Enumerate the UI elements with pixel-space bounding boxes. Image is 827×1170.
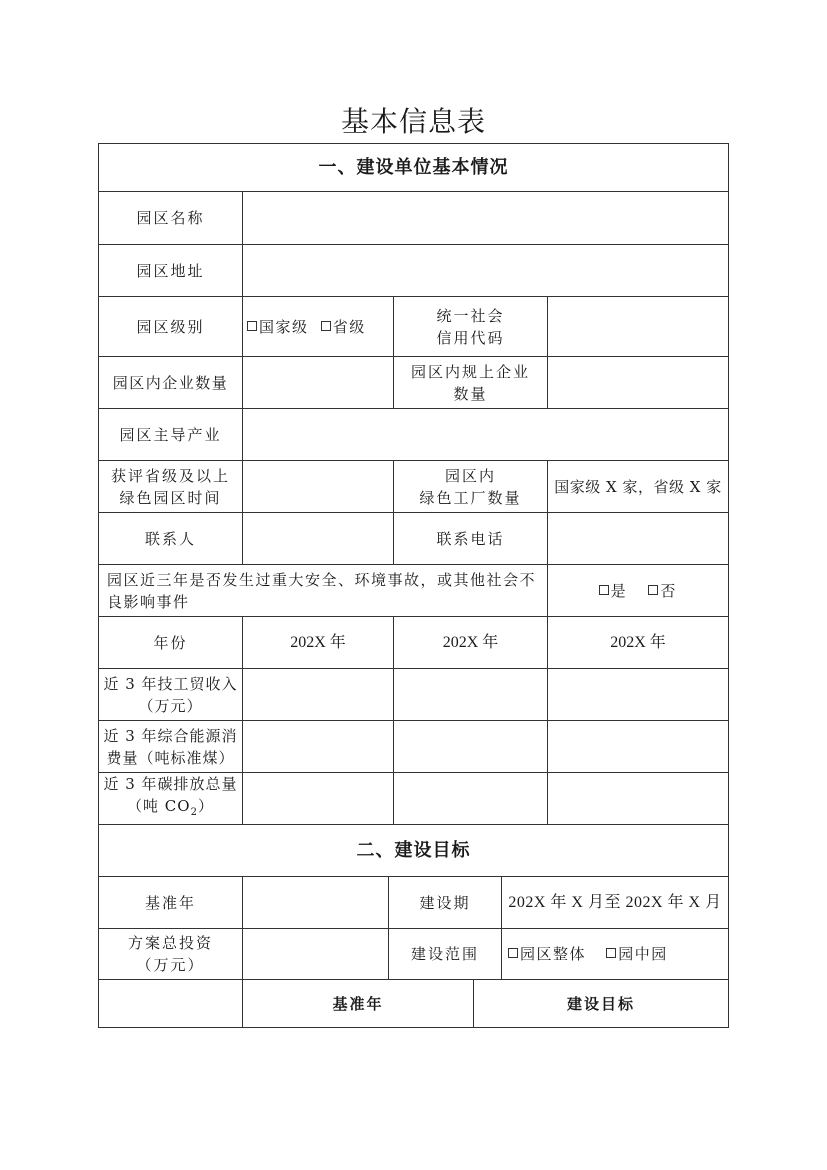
- park-address-label: 园区地址: [99, 245, 243, 297]
- above-scale-count-field[interactable]: [548, 357, 729, 409]
- park-name-label: 园区名称: [99, 192, 243, 245]
- checkbox-icon: [606, 948, 616, 958]
- info-table-section2: 基准年 建设期 202X 年 X 月至 202X 年 X 月 方案总投资 （万元…: [98, 876, 729, 980]
- park-level-label: 园区级别: [99, 297, 243, 357]
- target-header-blank: [99, 980, 243, 1028]
- target-header-base-year: 基准年: [243, 980, 474, 1028]
- green-factory-count-field[interactable]: 国家级 X 家，省级 X 家: [548, 461, 729, 513]
- checkbox-icon: [599, 585, 609, 595]
- checkbox-whole-park[interactable]: 园区整体: [508, 945, 586, 963]
- contact-label: 联系人: [99, 513, 243, 565]
- above-scale-count-label: 园区内规上企业 数量: [394, 357, 548, 409]
- investment-field[interactable]: [243, 929, 389, 980]
- park-level-options: 国家级 省级: [243, 297, 394, 357]
- checkbox-provincial[interactable]: 省级: [321, 318, 366, 336]
- revenue-year3-field[interactable]: [548, 669, 729, 721]
- leading-industry-label: 园区主导产业: [99, 409, 243, 461]
- checkbox-no[interactable]: 否: [648, 582, 677, 600]
- year-header-3: 202X 年: [548, 617, 729, 669]
- section1-heading: 一、建设单位基本情况: [99, 144, 729, 192]
- base-year-field[interactable]: [243, 877, 389, 929]
- carbon-emission-label: 近 3 年碳排放总量 （吨 CO2）: [99, 773, 243, 825]
- revenue-label: 近 3 年技工贸收入 （万元）: [99, 669, 243, 721]
- section2-heading: 二、建设目标: [99, 825, 729, 877]
- checkbox-icon: [247, 321, 257, 331]
- year-header-2: 202X 年: [394, 617, 548, 669]
- incident-question: 园区近三年是否发生过重大安全、环境事故，或其他社会不良影响事件: [99, 565, 548, 617]
- checkbox-park-in-park[interactable]: 园中园: [606, 945, 668, 963]
- contact-field[interactable]: [243, 513, 394, 565]
- enterprise-count-field[interactable]: [243, 357, 394, 409]
- park-address-field[interactable]: [243, 245, 729, 297]
- year-header-label: 年份: [99, 617, 243, 669]
- green-park-time-field[interactable]: [243, 461, 394, 513]
- credit-code-label: 统一社会 信用代码: [394, 297, 548, 357]
- scope-label: 建设范围: [389, 929, 502, 980]
- year-header-1: 202X 年: [243, 617, 394, 669]
- period-label: 建设期: [389, 877, 502, 929]
- investment-label: 方案总投资 （万元）: [99, 929, 243, 980]
- revenue-year1-field[interactable]: [243, 669, 394, 721]
- energy-consumption-label: 近 3 年综合能源消 费量（吨标准煤）: [99, 721, 243, 773]
- carbon-year3-field[interactable]: [548, 773, 729, 825]
- incident-options: 是 否: [548, 565, 729, 617]
- revenue-year2-field[interactable]: [394, 669, 548, 721]
- target-header-target: 建设目标: [474, 980, 729, 1028]
- checkbox-icon: [648, 585, 658, 595]
- credit-code-field[interactable]: [548, 297, 729, 357]
- enterprise-count-label: 园区内企业数量: [99, 357, 243, 409]
- info-table-section1: 一、建设单位基本情况 园区名称 园区地址 园区级别 国家级 省级 统一社会 信用…: [98, 143, 729, 877]
- target-table: 基准年 建设目标: [98, 979, 729, 1028]
- period-field[interactable]: 202X 年 X 月至 202X 年 X 月: [502, 877, 729, 929]
- scope-options: 园区整体 园中园: [502, 929, 729, 980]
- energy-year2-field[interactable]: [394, 721, 548, 773]
- carbon-year2-field[interactable]: [394, 773, 548, 825]
- checkbox-icon: [508, 948, 518, 958]
- green-park-time-label: 获评省级及以上 绿色园区时间: [99, 461, 243, 513]
- phone-field[interactable]: [548, 513, 729, 565]
- page-title: 基本信息表: [0, 100, 827, 140]
- park-name-field[interactable]: [243, 192, 729, 245]
- leading-industry-field[interactable]: [243, 409, 729, 461]
- phone-label: 联系电话: [394, 513, 548, 565]
- energy-year3-field[interactable]: [548, 721, 729, 773]
- checkbox-national[interactable]: 国家级: [247, 318, 309, 336]
- green-factory-count-label: 园区内 绿色工厂数量: [394, 461, 548, 513]
- energy-year1-field[interactable]: [243, 721, 394, 773]
- carbon-year1-field[interactable]: [243, 773, 394, 825]
- checkbox-icon: [321, 321, 331, 331]
- base-year-label: 基准年: [99, 877, 243, 929]
- checkbox-yes[interactable]: 是: [599, 582, 628, 600]
